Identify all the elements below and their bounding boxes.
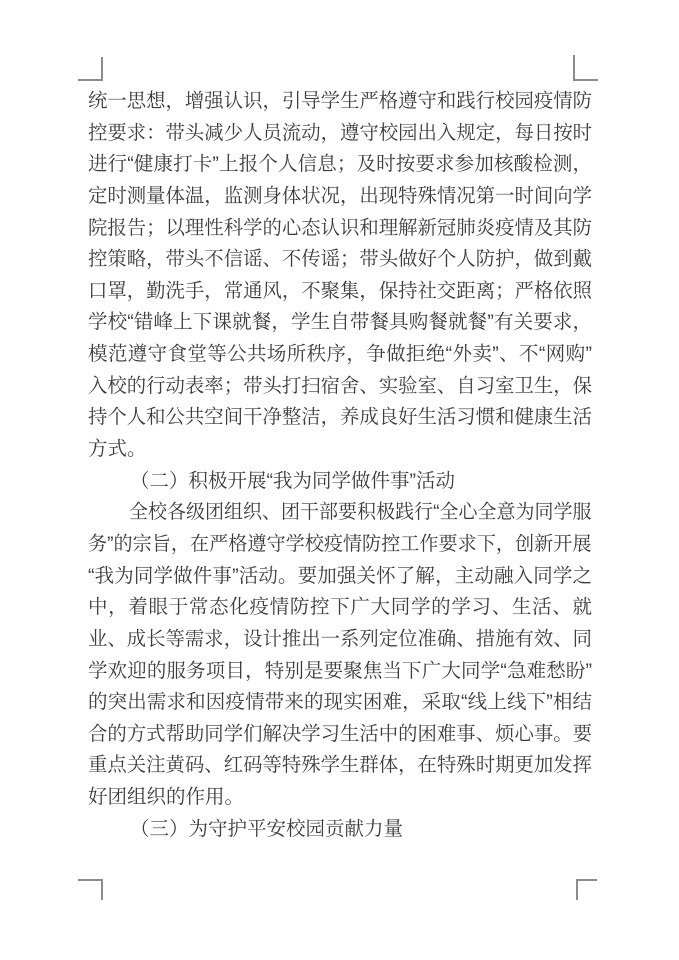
- text-line: 持个人和公共空间干净整洁，养成良好生活习惯和健康生活: [88, 402, 589, 434]
- margin-mark-top-right: [573, 55, 598, 81]
- text-line: 重点关注黄码、红码等特殊学生群体，在特殊时期更加发挥: [88, 750, 589, 782]
- text-line: 务”的宗旨，在严格遵守学校疫情防控工作要求下，创新开展: [88, 529, 582, 561]
- text-line: 中，着眼于常态化疫情防控下广大同学的学习、生活、就: [88, 592, 592, 624]
- paragraph: 统一思想，增强认识，引导学生严格遵守和践行校园疫情防控要求：带头减少人员流动，遵…: [88, 86, 592, 466]
- margin-mark-top-left: [78, 57, 103, 81]
- text-line: （二）积极开展“我为同学做件事”活动: [88, 466, 592, 498]
- text-line: 学校“错峰上下课就餐，学生自带餐具购餐就餐”有关要求，: [88, 307, 592, 339]
- text-line: 好团组织的作用。: [88, 782, 592, 814]
- text-line: 院报告；以理性科学的心态认识和理解新冠肺炎疫情及其防: [88, 213, 589, 245]
- text-line: 方式。: [88, 434, 592, 466]
- text-line: 入校的行动表率；带头打扫宿舍、实验室、自习室卫生，保: [88, 371, 589, 403]
- text-line: 合的方式帮助同学们解决学习生活中的困难事、烦心事。要: [88, 719, 589, 751]
- text-line: “我为同学做件事”活动。要加强关怀了解，主动融入同学之: [88, 561, 592, 593]
- paragraph: 全校各级团组织、团干部要积极践行“全心全意为同学服务”的宗旨，在严格遵守学校疫情…: [88, 497, 592, 813]
- section-heading: （三）为守护平安校园贡献力量: [88, 814, 592, 846]
- text-line: 定时测量体温，监测身体状况，出现特殊情况第一时间向学: [88, 181, 589, 213]
- document-page: 统一思想，增强认识，引导学生严格遵守和践行校园疫情防控要求：带头减少人员流动，遵…: [0, 0, 679, 960]
- margin-mark-bottom-right: [576, 879, 597, 900]
- margin-mark-bottom-left: [78, 879, 103, 900]
- text-line: 控要求：带头减少人员流动，遵守校园出入规定，每日按时: [88, 118, 589, 150]
- text-line: 统一思想，增强认识，引导学生严格遵守和践行校园疫情防: [88, 86, 589, 118]
- text-line: （三）为守护平安校园贡献力量: [88, 814, 592, 846]
- text-line: 业、成长等需求，设计推出一系列定位准确、措施有效、同: [88, 624, 589, 656]
- text-line: 口罩，勤洗手，常通风，不聚集，保持社交距离；严格依照: [88, 276, 589, 308]
- section-heading: （二）积极开展“我为同学做件事”活动: [88, 466, 592, 498]
- text-line: 的突出需求和因疫情带来的现实困难，采取“线上线下”相结: [88, 687, 592, 719]
- text-line: 学欢迎的服务项目，特别是要聚焦当下广大同学“急难愁盼”: [88, 656, 592, 688]
- text-line: 全校各级团组织、团干部要积极践行“全心全意为同学服: [88, 497, 579, 529]
- text-line: 进行“健康打卡”上报个人信息；及时按要求参加核酸检测，: [88, 149, 592, 181]
- text-line: 模范遵守食堂等公共场所秩序，争做拒绝“外卖”、不“网购”: [88, 339, 592, 371]
- text-line: 控策略，带头不信谣、不传谣；带头做好个人防护，做到戴: [88, 244, 589, 276]
- document-text: 统一思想，增强认识，引导学生严格遵守和践行校园疫情防控要求：带头减少人员流动，遵…: [88, 86, 592, 845]
